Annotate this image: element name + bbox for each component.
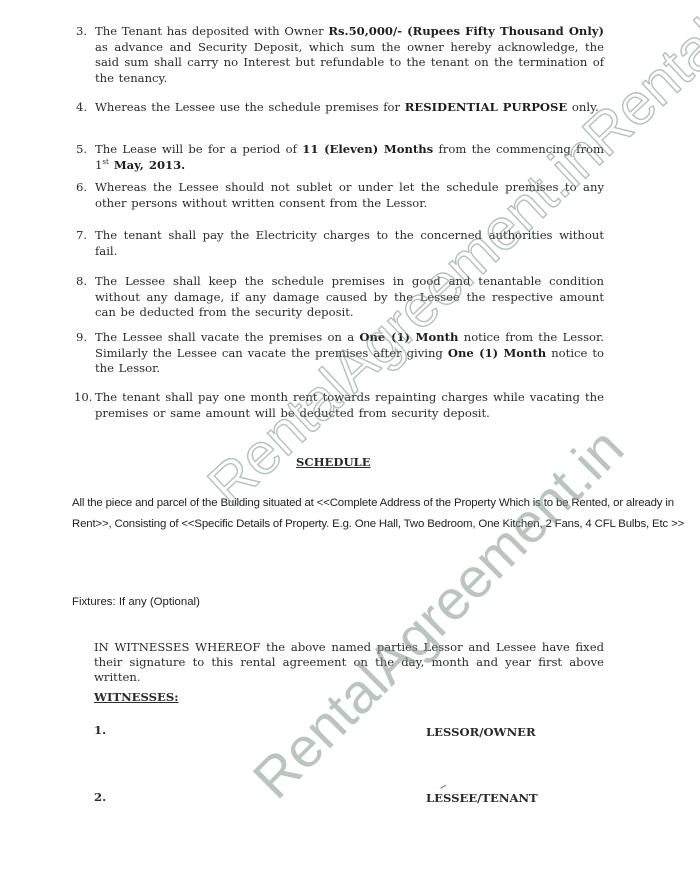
clause-number: 5.	[76, 142, 94, 158]
clause-10: 10.The tenant shall pay one month rent t…	[76, 390, 604, 421]
emphasis-text: RESIDENTIAL PURPOSE	[405, 100, 567, 114]
emphasis-text: One (1) Month	[359, 330, 458, 344]
clause-segment: Whereas the Lessee should not sublet or …	[95, 180, 604, 210]
clause-segment: The tenant shall pay the Electricity cha…	[95, 228, 604, 258]
clause-text: The Lessee shall vacate the premises on …	[95, 330, 604, 377]
clause-segment: The tenant shall pay one month rent towa…	[95, 390, 604, 420]
clause-segment: only.	[567, 100, 599, 114]
document-page: 3.The Tenant has deposited with Owner Rs…	[0, 0, 700, 890]
clause-text: The Tenant has deposited with Owner Rs.5…	[95, 24, 604, 86]
clause-3: 3.The Tenant has deposited with Owner Rs…	[76, 24, 604, 86]
clause-4: 4.Whereas the Lessee use the schedule pr…	[76, 100, 604, 116]
witness-1-number: 1.	[94, 723, 106, 737]
lessor-signature-label: LESSOR/OWNER	[426, 725, 536, 739]
emphasis-text: Rs.50,000/- (Rupees Fifty Thousand Only)	[328, 24, 604, 38]
clause-segment: The Tenant has deposited with Owner	[95, 24, 328, 38]
emphasis-text: 11 (Eleven) Months	[302, 142, 433, 156]
clause-segment: The Lessee shall vacate the premises on …	[95, 330, 359, 344]
clause-text: Whereas the Lessee should not sublet or …	[95, 180, 604, 211]
witnesses-heading: WITNESSES:	[94, 690, 179, 704]
witness-2-number: 2.	[94, 790, 106, 804]
clause-number: 3.	[76, 24, 94, 40]
clause-9: 9.The Lessee shall vacate the premises o…	[76, 330, 604, 377]
witness-paragraph: IN WITNESSES WHEREOF the above named par…	[94, 640, 604, 686]
clause-number: 9.	[76, 330, 94, 346]
clause-segment: Whereas the Lessee use the schedule prem…	[95, 100, 405, 114]
watermark-solid: RentalAgreement.in	[240, 415, 636, 811]
clause-segment: as advance and Security Deposit, which s…	[95, 40, 604, 85]
clause-6: 6.Whereas the Lessee should not sublet o…	[76, 180, 604, 211]
clause-number: 7.	[76, 228, 94, 244]
clause-segment: The Lease will be for a period of	[95, 142, 302, 156]
clause-text: The tenant shall pay the Electricity cha…	[95, 228, 604, 259]
clause-text: Whereas the Lessee use the schedule prem…	[95, 100, 604, 116]
clause-8: 8.The Lessee shall keep the schedule pre…	[76, 274, 604, 321]
schedule-heading: SCHEDULE	[296, 455, 371, 469]
schedule-description: All the piece and parcel of the Building…	[72, 493, 692, 534]
clause-7: 7.The tenant shall pay the Electricity c…	[76, 228, 604, 259]
clause-segment: The Lessee shall keep the schedule premi…	[95, 274, 604, 319]
emphasis-text: One (1) Month	[448, 346, 546, 360]
fixtures-line: Fixtures: If any (Optional)	[72, 596, 200, 608]
clause-number: 10.	[74, 390, 92, 406]
clause-text: The Lessee shall keep the schedule premi…	[95, 274, 604, 321]
lessee-signature-label: LESSEE/TENANT	[426, 791, 538, 805]
clause-5: 5.The Lease will be for a period of 11 (…	[76, 142, 604, 173]
clause-number: 8.	[76, 274, 94, 290]
clause-text: The tenant shall pay one month rent towa…	[95, 390, 604, 421]
emphasis-text: May, 2013.	[109, 158, 185, 172]
clause-number: 4.	[76, 100, 94, 116]
clause-text: The Lease will be for a period of 11 (El…	[95, 142, 604, 173]
clause-number: 6.	[76, 180, 94, 196]
